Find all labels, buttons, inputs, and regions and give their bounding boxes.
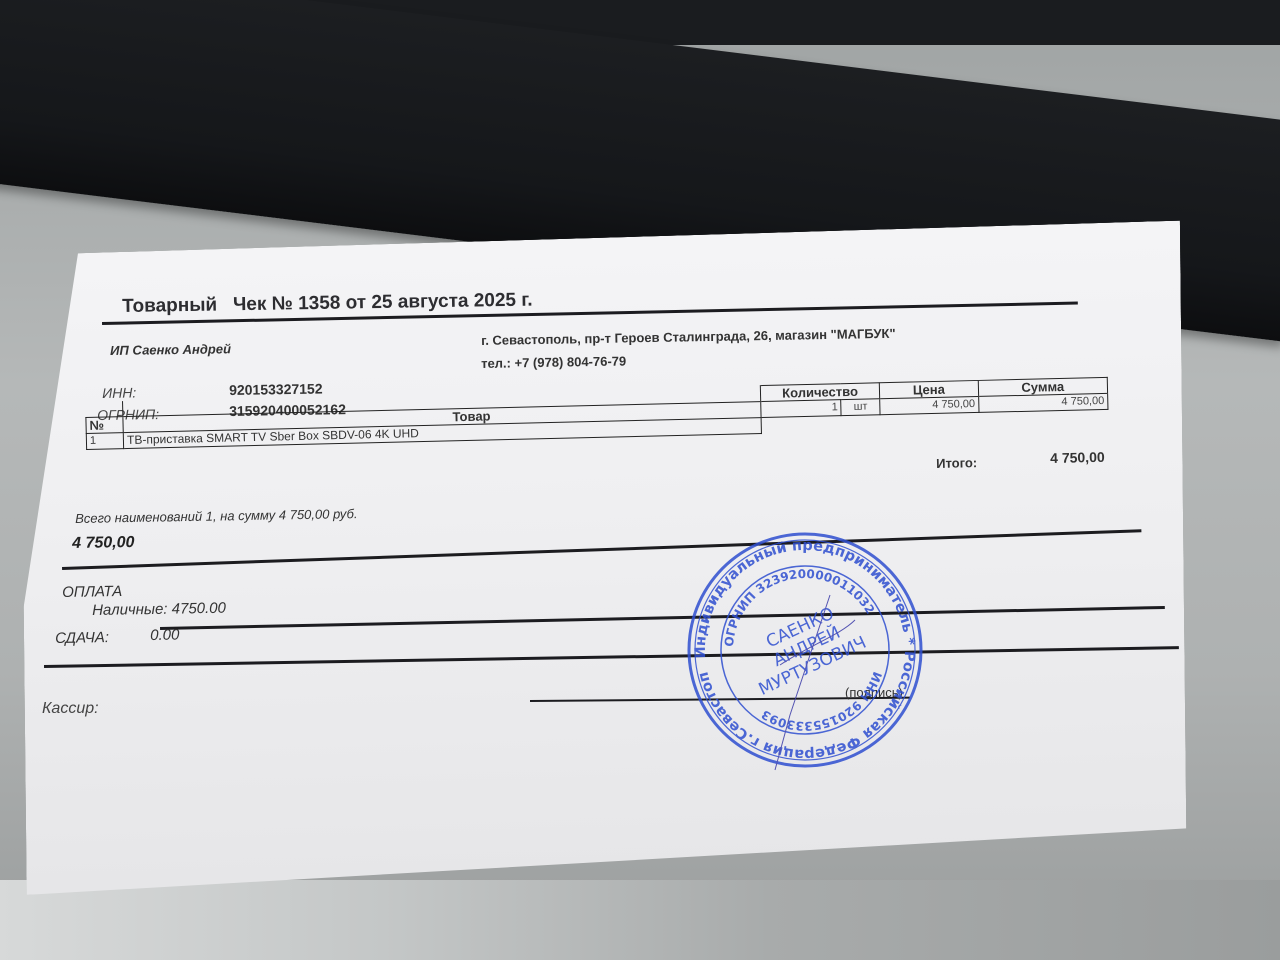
- payment-cash: Наличные: 4750.00: [92, 600, 226, 619]
- total-value: 4 750,00: [1050, 449, 1105, 466]
- store-phone: тел.: +7 (978) 804-76-79: [481, 353, 626, 371]
- change-label: СДАЧА:: [55, 629, 109, 647]
- company-stamp: Индивидуальный предприниматель * Российс…: [680, 525, 930, 775]
- change-divider: [44, 646, 1179, 668]
- payment-divider: [160, 606, 1165, 630]
- summary-divider: [62, 529, 1141, 570]
- store-address: г. Севастополь, пр-т Героев Сталинграда,…: [481, 326, 896, 348]
- cell-number: 1: [86, 433, 123, 450]
- cashier-label: Кассир:: [42, 700, 99, 718]
- total-label: Итого:: [936, 455, 977, 471]
- payment-title: ОПЛАТА: [62, 583, 122, 601]
- summary-text: Всего наименований 1, на сумму 4 750,00 …: [75, 506, 358, 526]
- inn-label: ИНН:: [102, 384, 136, 401]
- cell-unit: шт: [841, 399, 880, 416]
- seller-name: ИП Саенко Андрей: [110, 341, 231, 358]
- receipt-document: Товарный Чек № 1358 от 25 августа 2025 г…: [0, 0, 1280, 960]
- summary-amount: 4 750,00: [72, 534, 135, 553]
- header-number: №: [86, 417, 123, 434]
- cell-quantity: 1: [761, 400, 842, 418]
- change-value: 0.00: [150, 626, 179, 644]
- cell-price: 4 750,00: [880, 396, 979, 414]
